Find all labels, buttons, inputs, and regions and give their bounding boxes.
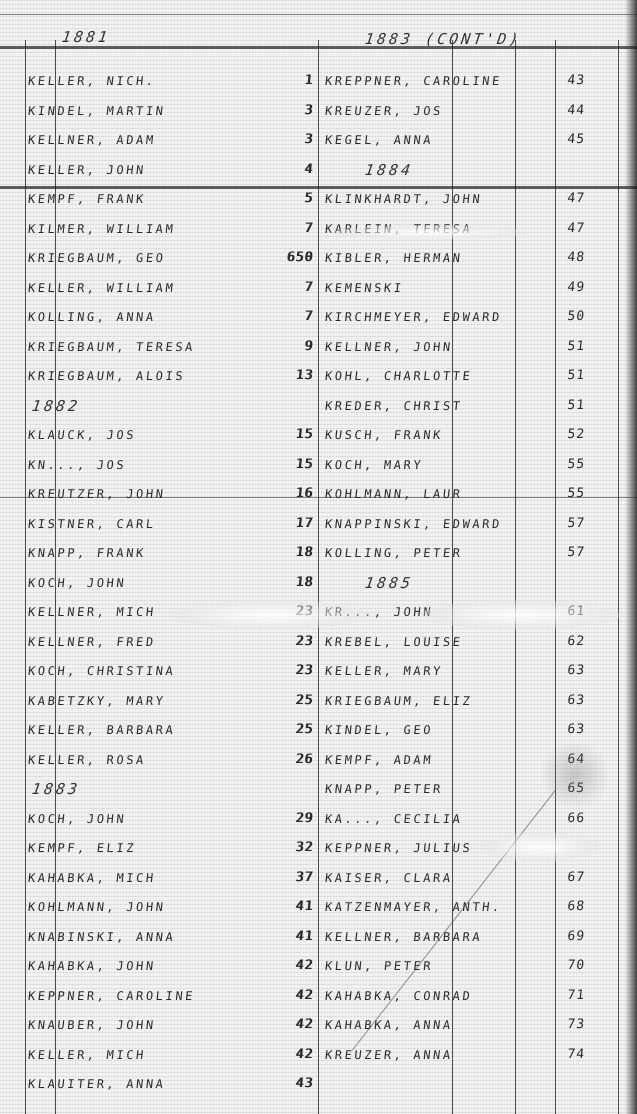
entry-name: KRIEGBAUM, ALOIS [27,365,187,387]
ledger-entry: KOLLING, PETER57 [324,542,606,564]
cross-reference-number: 9 [267,336,315,358]
entry-name: KELLNER, FRED [27,631,157,653]
entry-name: KOLLING, PETER [324,542,464,564]
entry-name: KOCH, JOHN [27,808,128,830]
entry-page-number: 45 [566,129,586,151]
entry-name: KEPPNER, CAROLINE [27,985,196,1007]
entry-name: KREUZER, JOS [324,100,444,122]
cross-reference-number: 3 [267,129,315,151]
entry-page-number: 52 [566,424,586,446]
entry-name: KRIEGBAUM, ELIZ [324,690,474,712]
ledger-rule [25,40,26,1114]
entry-page-number: 50 [566,306,586,328]
entry-name: KREPPNER, CAROLINE [324,70,503,92]
ledger-entry: KEMENSKI49 [324,277,606,299]
cross-reference-number: 41 [267,926,315,948]
paper-stain [540,740,610,810]
entry-name: KINDEL, GEO [324,719,434,741]
entry-name: KNAPP, PETER [324,778,444,800]
cross-reference-number: 37 [267,867,315,889]
ledger-entry: KELLNER, BARBARA69 [324,926,606,948]
entry-name: KNAPP, FRANK [27,542,147,564]
entry-name: KN..., JOS [27,454,128,476]
entry-name: KINDEL, MARTIN [27,100,167,122]
ledger-rule [618,40,619,1114]
entry-page-number: 73 [566,1014,586,1036]
entry-name: KOCH, JOHN [27,572,128,594]
cross-reference-number: 3 [267,100,315,122]
entry-page-number: 74 [566,1044,586,1066]
cross-reference-number: 1 [267,70,315,92]
entry-name: KNAUBER, JOHN [27,1014,157,1036]
entry-page-number: 47 [566,218,586,240]
cross-reference-number: 25 [267,690,315,712]
entry-name: KABETZKY, MARY [27,690,167,712]
year-section-header: 1882 [31,397,82,415]
paper-smudge [330,225,530,240]
entry-page-number: 66 [566,808,586,830]
entry-name: KELLER, JOHN [27,159,147,181]
paper-smudge [480,832,600,862]
paper-smudge [170,600,370,630]
cross-reference-number: 42 [267,1014,315,1036]
cross-reference-number: 13 [267,365,315,387]
entry-page-number: 71 [566,985,586,1007]
cross-reference-number: 18 [267,542,315,564]
left-year-header: 1881 [61,28,112,46]
ledger-entry: KIBLER, HERMAN48 [324,247,606,269]
entry-name: KAHABKA, MICH [27,867,157,889]
cross-reference-number: 17 [267,513,315,535]
entry-name: KOLLING, ANNA [27,306,157,328]
entry-name: KELLER, MICH [27,1044,147,1066]
entry-name: KUSCH, FRANK [324,424,444,446]
cross-reference-number: 23 [267,660,315,682]
entry-name: KAHABKA, JOHN [27,955,157,977]
ledger-entry: KUSCH, FRANK52 [324,424,606,446]
ledger-entry: KREUZER, ANNA74 [324,1044,606,1066]
entry-name: KEMPF, ADAM [324,749,434,771]
cross-reference-number: 25 [267,719,315,741]
ledger-entry: KOHL, CHARLOTTE51 [324,365,606,387]
entry-page-number: 63 [566,690,586,712]
cross-reference-number: 7 [267,218,315,240]
cross-reference-number: 7 [267,306,315,328]
cross-reference-number: 26 [267,749,315,771]
entry-name: KNAPPINSKI, EDWARD [324,513,503,535]
ledger-entry: KLINKHARDT, JOHN47 [324,188,606,210]
ledger-entry: KELLNER, JOHN51 [324,336,606,358]
cross-reference-number: 41 [267,896,315,918]
entry-name: KAISER, CLARA [324,867,454,889]
ledger-entry: KINDEL, GEO63 [324,719,606,741]
entry-name: KEMPF, FRANK [27,188,147,210]
entry-name: KATZENMAYER, ANTH. [324,896,503,918]
ledger-entry: KREDER, CHRIST51 [324,395,606,417]
cross-reference-number: 18 [267,572,315,594]
right-year-header: 1883 (CONT'D) [364,30,523,48]
ledger-entry: KA..., CECILIA66 [324,808,606,830]
entry-name: KELLNER, ADAM [27,129,157,151]
entry-page-number: 55 [566,454,586,476]
entry-name: KREBEL, LOUISE [324,631,464,653]
entry-name: KRIEGBAUM, GEO [27,247,167,269]
entry-name: KISTNER, CARL [27,513,157,535]
entry-page-number: 51 [566,336,586,358]
cross-reference-number: 16 [267,483,315,505]
entry-name: KEGEL, ANNA [324,129,434,151]
entry-name: KREUTZER, JOHN [27,483,167,505]
entry-name: KEMENSKI [324,277,405,299]
ledger-entry: KLUN, PETER70 [324,955,606,977]
ledger-entry: KATZENMAYER, ANTH.68 [324,896,606,918]
entry-name: KELLER, MARY [324,660,444,682]
header-rule [0,46,637,49]
cross-reference-number: 29 [267,808,315,830]
entry-page-number: 43 [566,70,586,92]
ledger-page: 1881 1883 (CONT'D) KELLER, NICH.1KINDEL,… [0,0,637,1114]
ledger-entry: KNAPPINSKI, EDWARD57 [324,513,606,535]
entry-name: KAHABKA, ANNA [324,1014,454,1036]
cross-reference-number: 43 [267,1073,315,1095]
entry-name: KOCH, CHRISTINA [27,660,177,682]
cross-reference-number: 5 [267,188,315,210]
paper-smudge [420,600,620,630]
ledger-entry: KREUZER, JOS44 [324,100,606,122]
entry-page-number: 69 [566,926,586,948]
ledger-entry: KAHABKA, CONRAD71 [324,985,606,1007]
entry-page-number: 67 [566,867,586,889]
entry-name: KELLNER, MICH [27,601,157,623]
entry-name: KELLER, ROSA [27,749,147,771]
entry-name: KREDER, CHRIST [324,395,464,417]
cross-reference-number: 650 [267,247,315,269]
ledger-entry: KAHABKA, ANNA73 [324,1014,606,1036]
entry-name: KIBLER, HERMAN [324,247,464,269]
entry-name: KREUZER, ANNA [324,1044,454,1066]
entry-name: KELLER, BARBARA [27,719,177,741]
entry-page-number: 68 [566,896,586,918]
cross-reference-number: 15 [267,424,315,446]
year-section-header: 1883 [31,780,82,798]
cross-reference-number: 42 [267,955,315,977]
entry-page-number: 57 [566,513,586,535]
entry-name: KELLNER, BARBARA [324,926,484,948]
entry-name: KOCH, MARY [324,454,425,476]
entry-name: KLUN, PETER [324,955,434,977]
entry-name: KLAUCK, JOS [27,424,137,446]
entry-page-number: 63 [566,660,586,682]
ledger-entry: KEGEL, ANNA45 [324,129,606,151]
entry-name: KRIEGBAUM, TERESA [27,336,196,358]
year-section-header: 1885 [364,574,415,592]
cross-reference-number: 42 [267,985,315,1007]
entry-name: KOHLMANN, JOHN [27,896,167,918]
ledger-entry: KREPPNER, CAROLINE43 [324,70,606,92]
entry-page-number: 55 [566,483,586,505]
entry-page-number: 51 [566,365,586,387]
entry-name: KEPPNER, JULIUS [324,837,474,859]
ledger-entry: KOHLMANN, LAUR55 [324,483,606,505]
cross-reference-number: 4 [267,159,315,181]
entry-name: KAHABKA, CONRAD [324,985,474,1007]
cross-reference-number: 23 [267,631,315,653]
entry-name: KNABINSKI, ANNA [27,926,177,948]
entry-name: KILMER, WILLIAM [27,218,177,240]
entry-name: KELLER, NICH. [27,70,157,92]
entry-name: KELLER, WILLIAM [27,277,177,299]
cross-reference-number: 32 [267,837,315,859]
cross-reference-number: 7 [267,277,315,299]
entry-name: KIRCHMEYER, EDWARD [324,306,503,328]
ledger-entry: KREBEL, LOUISE62 [324,631,606,653]
entry-page-number: 63 [566,719,586,741]
ledger-entry: KAISER, CLARA67 [324,867,606,889]
entry-page-number: 62 [566,631,586,653]
entry-name: KELLNER, JOHN [324,336,454,358]
entry-page-number: 47 [566,188,586,210]
entry-page-number: 51 [566,395,586,417]
entry-name: KOHLMANN, LAUR [324,483,464,505]
ledger-rule [318,40,319,1114]
cross-reference-number: 15 [267,454,315,476]
entry-name: KA..., CECILIA [324,808,464,830]
ledger-entry: KRIEGBAUM, ELIZ63 [324,690,606,712]
page-edge-shadow [625,0,637,1114]
entry-name: KOHL, CHARLOTTE [324,365,474,387]
entry-name: KLINKHARDT, JOHN [324,188,484,210]
entry-page-number: 49 [566,277,586,299]
entry-page-number: 48 [566,247,586,269]
entry-name: KEMPF, ELIZ [27,837,137,859]
ledger-entry: KIRCHMEYER, EDWARD50 [324,306,606,328]
entry-page-number: 70 [566,955,586,977]
entry-page-number: 57 [566,542,586,564]
ledger-entry: KOCH, MARY55 [324,454,606,476]
ledger-rule [0,14,637,15]
entry-page-number: 44 [566,100,586,122]
ledger-entry: KELLER, MARY63 [324,660,606,682]
year-section-header: 1884 [364,161,415,179]
entry-name: KLAUITER, ANNA [27,1073,167,1095]
cross-reference-number: 42 [267,1044,315,1066]
